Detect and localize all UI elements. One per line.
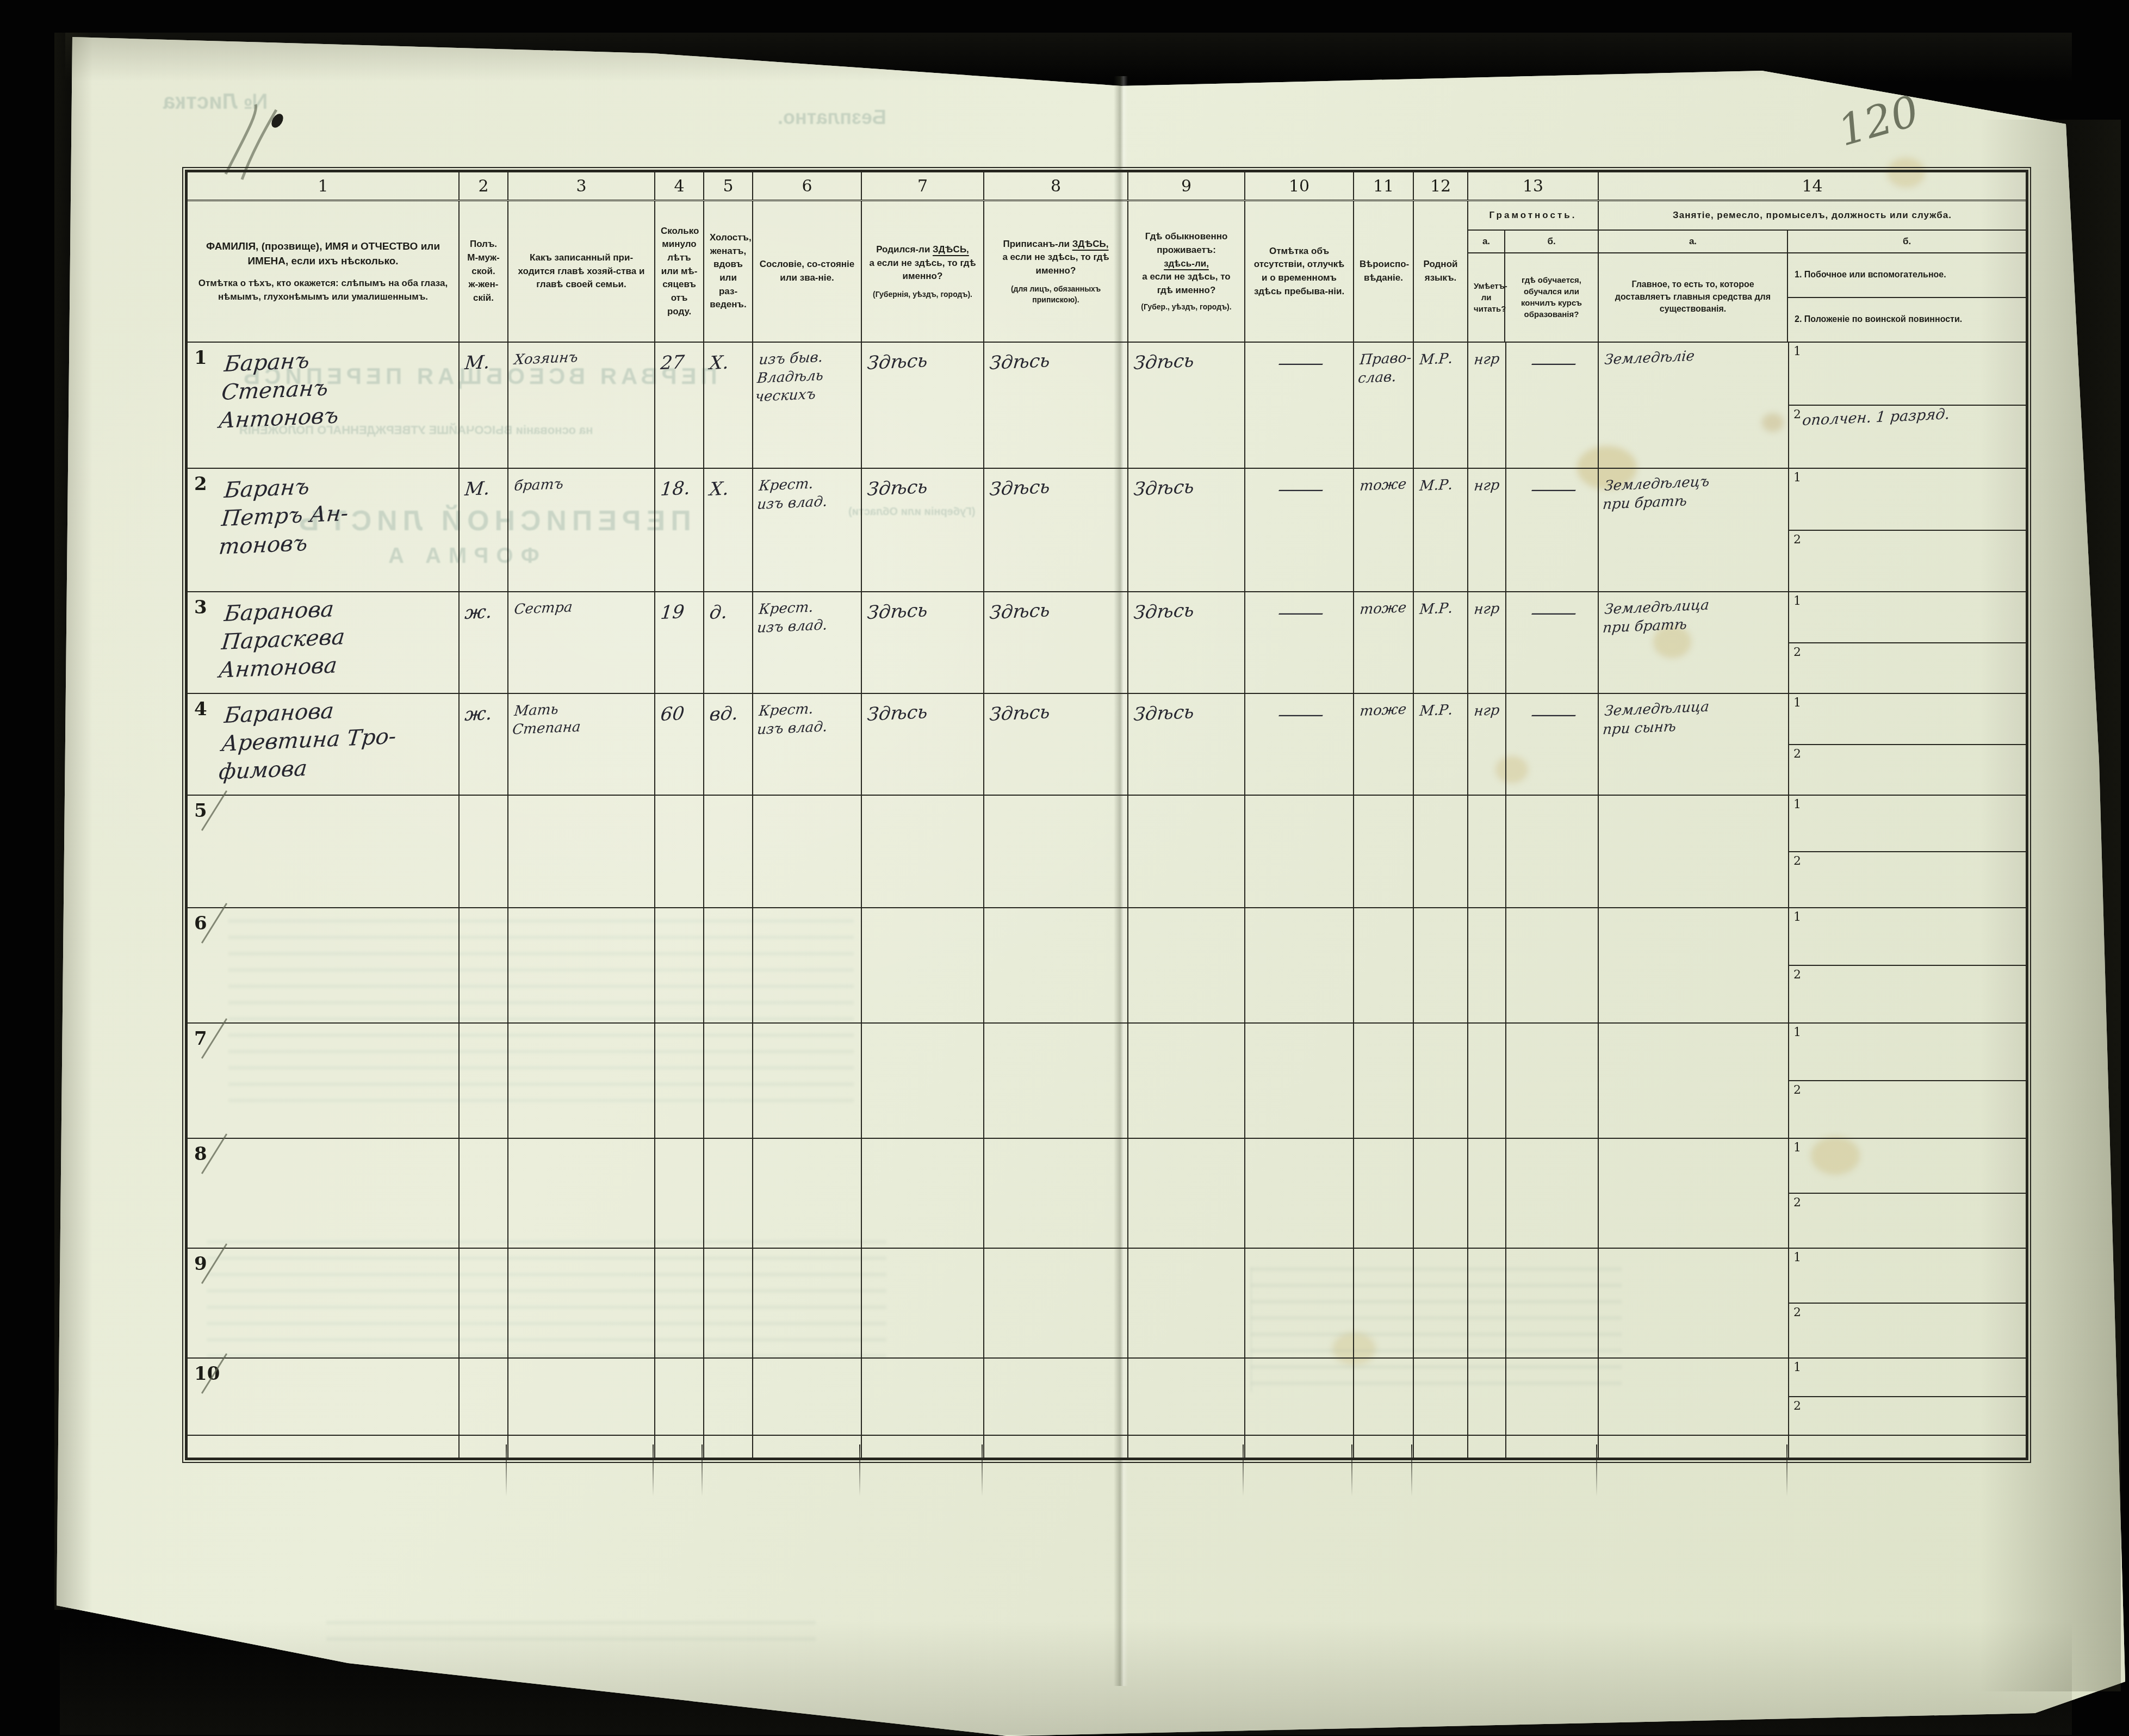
empty-strip-cell <box>1789 1436 2026 1458</box>
cell-occupation-side: 12 <box>1789 1139 2026 1248</box>
handwritten-value <box>711 803 749 804</box>
empty-strip-cell <box>1354 1436 1414 1458</box>
header-occupation-a-text: Главное, то есть то, которое доставляетъ… <box>1599 253 1788 342</box>
handwritten-value <box>466 1256 504 1257</box>
cell-born <box>862 1024 984 1138</box>
handwritten-value <box>1135 1143 1242 1148</box>
cell-education <box>1506 1024 1599 1138</box>
column-number: 1 <box>188 172 460 200</box>
column-number: 11 <box>1354 172 1414 200</box>
handwritten-value <box>760 1028 858 1032</box>
cell-occupation-side: 12 <box>1789 469 2026 591</box>
handwritten-value: М. <box>464 350 505 375</box>
cell-occupation-side: 12 <box>1789 1249 2026 1357</box>
empty-strip-cell <box>1506 1436 1599 1458</box>
cell-absence: — <box>1245 343 1354 468</box>
column-number: 9 <box>1128 172 1245 200</box>
cell-relation <box>508 908 655 1022</box>
handwritten-value: Земледѣлецъ при братѣ <box>1602 470 1785 514</box>
column-number: 13 <box>1468 172 1599 200</box>
cell-resides <box>1128 1024 1245 1138</box>
handwritten-value <box>991 1361 1125 1367</box>
header-literacy-b-text: гдѣ обучается, обучался или кончилъ курс… <box>1505 253 1598 342</box>
handwritten-value <box>1605 1025 1786 1032</box>
cell-age: 27 <box>655 343 704 468</box>
cell-registered <box>984 1139 1128 1248</box>
handwritten-value: Крест. изъ влад. <box>756 473 858 514</box>
handwritten-value <box>1420 1146 1464 1148</box>
handwritten-value <box>1361 1255 1410 1257</box>
handwritten-value <box>1475 916 1502 917</box>
printed-subcell-number: 2 <box>1793 968 1801 982</box>
header-occupation-b1-text: 1. Побочное или вспомогательное. <box>1788 253 2026 298</box>
handwritten-value <box>1135 1253 1242 1257</box>
table-row: 612 <box>188 908 2026 1024</box>
cell-literacy <box>1468 1359 1506 1435</box>
handwritten-value <box>760 800 858 804</box>
cell-name: 1Баранъ Степанъ Антоновъ <box>188 343 460 468</box>
handwritten-value <box>1420 1031 1464 1032</box>
column-number: 7 <box>862 172 984 200</box>
printed-subcell-number: 2 <box>1793 747 1801 761</box>
cell-name: 6 <box>188 908 460 1022</box>
cell-language <box>1414 796 1468 907</box>
occupation-side-subcell: 2 <box>1789 1397 2026 1435</box>
table-row: 712 <box>188 1024 2026 1139</box>
cell-occupation-side: 12ополчен. 1 разряд. <box>1789 343 2026 468</box>
header-name-note: Отмѣтка о тѣхъ, кто окажется: слѣпымъ на… <box>193 277 453 303</box>
handwritten-value: Здѣсь <box>866 346 980 375</box>
header-note: (Губернія, уѣздъ, городъ). <box>867 289 978 300</box>
handwritten-value: Х. <box>709 476 749 501</box>
cell-occupation-main <box>1599 1139 1789 1248</box>
handwritten-value <box>515 1142 651 1148</box>
cell-education <box>1506 1359 1599 1435</box>
cell-absence <box>1245 1359 1354 1435</box>
handwritten-value <box>868 1027 980 1032</box>
printed-subcell-number: 2 <box>1793 646 1801 659</box>
cell-education: — <box>1506 343 1599 468</box>
occupation-side-subcell: 1 <box>1789 908 2026 966</box>
cell-born <box>862 796 984 907</box>
empty-strip-cell <box>1468 1436 1506 1458</box>
cell-absence <box>1245 908 1354 1022</box>
cell-occupation-side: 12 <box>1789 694 2026 795</box>
handwritten-value: тоже <box>1359 700 1410 721</box>
cell-resides <box>1128 796 1245 907</box>
handwritten-value <box>868 1362 980 1367</box>
handwritten-value <box>515 911 651 917</box>
column-number-row: 1 2 3 4 5 6 7 8 9 10 11 12 13 14 <box>188 172 2026 201</box>
handwritten-value: Крест. изъ влад. <box>756 597 858 637</box>
cell-born: Здѣсь <box>862 592 984 693</box>
printed-subcell-number: 2 <box>1793 1083 1801 1097</box>
cell-name: 10 <box>188 1359 460 1435</box>
printed-subcell-number: 1 <box>1793 696 1801 710</box>
cell-age <box>655 796 704 907</box>
cell-religion <box>1354 1024 1414 1138</box>
handwritten-value: тоже <box>1359 475 1410 496</box>
empty-strip-cell <box>460 1436 508 1458</box>
cell-absence: — <box>1245 694 1354 795</box>
header-religion-column: Вѣроиспо-вѣданіе. <box>1354 201 1414 342</box>
header-here-underlined: ЗДѢСЬ, <box>1072 239 1109 249</box>
cell-occupation-main <box>1599 908 1789 1022</box>
cell-relation <box>508 1139 655 1248</box>
row-number: 7 <box>194 1028 207 1050</box>
handwritten-value <box>515 1361 651 1367</box>
handwritten-value <box>662 1146 700 1148</box>
cell-sex: М. <box>460 343 508 468</box>
handwritten-value <box>466 803 504 804</box>
handwritten-value <box>1135 799 1242 804</box>
occupation-side-subcell: 2 <box>1789 1081 2026 1138</box>
handwritten-value: Сестра <box>513 595 652 619</box>
header-birthplace-column: Родился-ли ЗДѢСЬ, а если не здѣсь, то гд… <box>862 201 984 342</box>
rule-stub <box>653 1444 654 1496</box>
cell-resides <box>1128 1249 1245 1357</box>
handwritten-value: тоже <box>1359 599 1410 619</box>
empty-strip-cell <box>655 1436 704 1458</box>
handwritten-value <box>991 1251 1125 1257</box>
handwritten-value <box>711 915 749 917</box>
occupation-side-subcell: 2 <box>1789 531 2026 592</box>
cell-sex <box>460 908 508 1022</box>
printed-subcell-number: 1 <box>1793 345 1801 358</box>
header-text: а если не здѣсь, то гдѣ именно? <box>1134 270 1239 297</box>
rule-stub <box>702 1444 703 1496</box>
column-number: 8 <box>984 172 1128 200</box>
cell-literacy <box>1468 1139 1506 1248</box>
cell-estate: Крест. изъ влад. <box>753 469 862 591</box>
cell-registered: Здѣсь <box>984 469 1128 591</box>
printed-subcell-number: 1 <box>1793 798 1801 811</box>
cell-resides <box>1128 908 1245 1022</box>
handwritten-value <box>711 1146 749 1148</box>
handwritten-value: 27 <box>660 350 700 375</box>
row-number: 8 <box>194 1143 207 1165</box>
header-estate-column: Сословіе, со-стояніе или зва-ніе. <box>753 201 862 342</box>
handwritten-value <box>466 1031 504 1032</box>
cell-education <box>1506 1139 1599 1248</box>
printed-subcell-number: 1 <box>1793 594 1801 608</box>
row-number: 5 <box>194 800 207 822</box>
header-registration-column: Приписанъ-ли ЗДѢСЬ, а если не здѣсь, то … <box>984 201 1128 342</box>
table-header-row: ФАМИЛІЯ, (прозвище), ИМЯ и ОТЧЕСТВО или … <box>188 201 2026 343</box>
handwritten-value <box>1361 802 1410 804</box>
handwritten-value <box>1135 1027 1242 1032</box>
handwritten-value <box>1135 912 1242 917</box>
cell-literacy <box>1468 796 1506 907</box>
handwritten-value <box>662 1031 700 1032</box>
column-number: 4 <box>655 172 704 200</box>
handwritten-value <box>991 1026 1125 1032</box>
handwritten-value <box>662 803 700 804</box>
cell-language <box>1414 1139 1468 1248</box>
handwritten-value: Земледѣлица при сынѣ <box>1602 695 1785 740</box>
header-note: (Губер., уѣздъ, городъ). <box>1134 301 1239 312</box>
cell-occupation-main <box>1599 1249 1789 1357</box>
handwritten-value <box>1605 909 1786 917</box>
cell-occupation-main: Земледѣлица при братѣ <box>1599 592 1789 693</box>
handwritten-value <box>1475 1256 1502 1257</box>
cell-born <box>862 908 984 1022</box>
cell-absence <box>1245 1249 1354 1357</box>
cell-religion: Право- слав. <box>1354 343 1414 468</box>
occupation-side-subcell: 1 <box>1789 694 2026 745</box>
column-number: 2 <box>460 172 508 200</box>
cell-religion <box>1354 1139 1414 1248</box>
cell-occupation-main: Земледѣлецъ при братѣ <box>1599 469 1789 591</box>
table-row: 912 <box>188 1249 2026 1359</box>
header-relation-column: Какъ записанный при-ходится главѣ хозяй-… <box>508 201 655 342</box>
handwritten-value <box>1420 915 1464 917</box>
row-number: 9 <box>194 1253 207 1275</box>
cell-religion: тоже <box>1354 469 1414 591</box>
cell-sex <box>460 1139 508 1248</box>
header-sex-column: Полъ. М-муж-ской. ж-жен-скій. <box>460 201 508 342</box>
handwritten-value: Здѣсь <box>989 345 1125 375</box>
header-occupation-b2-text: 2. Положеніе по воинской повинности. <box>1788 298 2026 342</box>
handwritten-value: Здѣсь <box>866 698 980 727</box>
handwritten-value <box>868 799 980 804</box>
cell-education: — <box>1506 592 1599 693</box>
cell-absence <box>1245 1024 1354 1138</box>
cell-age <box>655 1024 704 1138</box>
handwritten-name: Баранъ Петръ Ан- тоновъ <box>218 467 454 561</box>
handwritten-value <box>711 1256 749 1257</box>
printed-subcell-number: 1 <box>1793 1141 1801 1155</box>
cell-occupation-side: 12 <box>1789 908 2026 1022</box>
handwritten-name: Баранъ Степанъ Антоновъ <box>218 340 454 435</box>
cell-religion: тоже <box>1354 694 1414 795</box>
occupation-side-subcell: 1 <box>1789 796 2026 852</box>
cell-relation: Сестра <box>508 592 655 693</box>
cell-estate: изъ быв. Владѣль ческихъ <box>753 343 862 468</box>
cell-registered <box>984 908 1128 1022</box>
handwritten-value: 19 <box>660 599 700 625</box>
printed-subcell-number: 2 <box>1793 1306 1801 1319</box>
header-literacy-a-text: Умѣетъ-ли читать? <box>1468 253 1505 342</box>
header-literacy-title: Грамотность. <box>1468 201 1598 231</box>
handwritten-value <box>1475 1031 1502 1032</box>
handwritten-value <box>711 1366 749 1367</box>
cell-religion <box>1354 1359 1414 1435</box>
handwritten-name: Баранова Параскева Антонова <box>218 590 454 685</box>
cell-education <box>1506 796 1599 907</box>
row-number: 3 <box>194 597 207 618</box>
cell-absence <box>1245 796 1354 907</box>
printed-subcell-number: 2 <box>1793 854 1801 868</box>
row-number: 10 <box>194 1363 220 1385</box>
cell-religion: тоже <box>1354 592 1414 693</box>
handwritten-value <box>1420 1366 1464 1367</box>
occupation-side-subcell: 1 <box>1789 1359 2026 1397</box>
handwritten-value <box>760 913 858 917</box>
printed-subcell-number: 2 <box>1793 1196 1801 1210</box>
handwritten-value: братъ <box>513 472 652 496</box>
cell-born: Здѣсь <box>862 694 984 795</box>
table-row: 1Баранъ Степанъ АнтоновъМ.Хозяинъ27Х.изъ… <box>188 343 2026 469</box>
empty-strip-cell <box>984 1436 1128 1458</box>
cell-marital <box>704 1139 753 1248</box>
rule-stub <box>506 1444 507 1496</box>
table-row: 2Баранъ Петръ Ан- тоновъМ.братъ18.Х.Крес… <box>188 469 2026 592</box>
cell-literacy <box>1468 908 1506 1022</box>
rule-stub <box>982 1444 983 1496</box>
handwritten-value: 18. <box>660 476 700 501</box>
cell-relation <box>508 1359 655 1435</box>
handwritten-value <box>1475 803 1502 804</box>
occupation-side-subcell: 1 <box>1789 1139 2026 1194</box>
cell-registered <box>984 1024 1128 1138</box>
handwritten-value <box>1475 1146 1502 1148</box>
occupation-side-subcell: 1 <box>1789 592 2026 643</box>
handwritten-value <box>711 1031 749 1032</box>
printed-subcell-number: 2 <box>1793 533 1801 547</box>
occupation-side-subcell: 2 <box>1789 745 2026 795</box>
cell-relation <box>508 796 655 907</box>
cell-language <box>1414 1024 1468 1138</box>
header-here-underlined: ЗДѢСЬ, <box>933 244 969 255</box>
cell-absence <box>1245 1139 1354 1248</box>
cell-occupation-main <box>1599 1359 1789 1435</box>
cell-education: — <box>1506 694 1599 795</box>
cell-marital <box>704 908 753 1022</box>
row-number: 4 <box>194 698 207 720</box>
cell-born: Здѣсь <box>862 469 984 591</box>
handwritten-value <box>1361 1030 1410 1032</box>
printed-subcell-number: 1 <box>1793 1251 1801 1264</box>
handwritten-value <box>1605 1140 1786 1148</box>
header-language-column: Родной языкъ. <box>1414 201 1468 342</box>
column-number: 5 <box>704 172 753 200</box>
header-here-underlined: здѣсь-ли, <box>1134 257 1239 271</box>
cell-name: 4Баранова Аревтина Тро- фимова <box>188 694 460 795</box>
printed-subcell-number: 1 <box>1793 910 1801 924</box>
handwritten-value <box>1420 803 1464 804</box>
header-literacy-a-label: а. <box>1468 231 1505 252</box>
cell-language <box>1414 908 1468 1022</box>
cell-occupation-main <box>1599 796 1789 907</box>
cell-born: Здѣсь <box>862 343 984 468</box>
cell-registered <box>984 1359 1128 1435</box>
column-number: 10 <box>1245 172 1354 200</box>
handwritten-value <box>760 1253 858 1257</box>
handwritten-value: Здѣсь <box>989 472 1125 501</box>
handwritten-value <box>1135 1362 1242 1367</box>
cell-registered: Здѣсь <box>984 694 1128 795</box>
cell-relation: Мать Степана <box>508 694 655 795</box>
cell-language <box>1414 1359 1468 1435</box>
handwritten-value <box>662 1256 700 1257</box>
cell-resides <box>1128 1359 1245 1435</box>
rule-stub <box>1351 1444 1352 1496</box>
cell-relation: братъ <box>508 469 655 591</box>
cell-sex <box>460 796 508 907</box>
header-name-text: ФАМИЛІЯ, (прозвище), ИМЯ и ОТЧЕСТВО или … <box>193 239 453 269</box>
handwritten-value: Земледѣліе <box>1604 344 1786 370</box>
cell-absence: — <box>1245 592 1354 693</box>
handwritten-value: ополчен. 1 разряд. <box>1802 401 2025 430</box>
cell-education <box>1506 1249 1599 1357</box>
header-occupation-title: Занятіе, ремесло, промыселъ, должность и… <box>1599 201 2026 231</box>
cell-marital <box>704 796 753 907</box>
header-occupation-group: Занятіе, ремесло, промыселъ, должность и… <box>1599 201 2026 342</box>
header-text: Гдѣ обыкновенно проживаетъ: <box>1134 230 1239 257</box>
handwritten-value <box>1361 1145 1410 1148</box>
occupation-side-subcell: 2 <box>1789 966 2026 1022</box>
cell-marital: д. <box>704 592 753 693</box>
cell-estate <box>753 1359 862 1435</box>
handwritten-value: Хозяинъ <box>513 345 652 370</box>
cell-religion <box>1354 1249 1414 1357</box>
rule-stub <box>859 1444 860 1496</box>
cell-name: 8 <box>188 1139 460 1248</box>
header-absence-column: Отмѣтка объ отсутствіи, отлучкѣ и о врем… <box>1245 201 1354 342</box>
handwritten-value <box>1605 1250 1786 1257</box>
occupation-side-subcell: 2ополчен. 1 разряд. <box>1789 406 2026 468</box>
cell-name: 7 <box>188 1024 460 1138</box>
cell-age <box>655 1359 704 1435</box>
header-note: (для лицъ, обязанныхъ припискою). <box>990 283 1122 306</box>
header-text: Родился-ли <box>876 244 933 255</box>
cell-language <box>1414 1249 1468 1357</box>
header-text: а если не здѣсь, то гдѣ именно? <box>867 257 978 283</box>
occupation-side-subcell: 1 <box>1789 1249 2026 1304</box>
handwritten-value <box>868 912 980 917</box>
cell-estate <box>753 1139 862 1248</box>
cell-age <box>655 1139 704 1248</box>
cell-born <box>862 1249 984 1357</box>
column-number: 3 <box>508 172 655 200</box>
cell-age: 18. <box>655 469 704 591</box>
handwritten-value <box>515 1251 651 1257</box>
printed-subcell-number: 1 <box>1793 1026 1801 1039</box>
header-literacy-group: Грамотность. а. б. Умѣетъ-ли читать? гдѣ… <box>1468 201 1599 342</box>
empty-strip-cell <box>508 1436 655 1458</box>
handwritten-value: Х. <box>709 350 749 375</box>
cell-age: 60 <box>655 694 704 795</box>
empty-strip-cell <box>704 1436 753 1458</box>
cell-marital: вд. <box>704 694 753 795</box>
table-bottom-strip-row <box>188 1436 2026 1458</box>
occupation-side-subcell: 2 <box>1789 852 2026 908</box>
cell-occupation-side: 12 <box>1789 592 2026 693</box>
handwritten-value <box>1420 1256 1464 1257</box>
handwritten-value <box>466 915 504 917</box>
cell-marital <box>704 1359 753 1435</box>
handwritten-value <box>991 911 1125 917</box>
cell-born <box>862 1139 984 1248</box>
cell-occupation-side: 12 <box>1789 796 2026 907</box>
handwritten-value: вд. <box>709 701 749 727</box>
cell-estate <box>753 796 862 907</box>
header-occupation-b-label: б. <box>1788 231 2026 252</box>
cell-literacy <box>1468 1249 1506 1357</box>
rule-stub <box>1243 1444 1244 1496</box>
table-row: 812 <box>188 1139 2026 1249</box>
cell-relation <box>508 1024 655 1138</box>
occupation-side-subcell: 2 <box>1789 643 2026 693</box>
cell-estate <box>753 1024 862 1138</box>
table-row: 1012 <box>188 1359 2026 1436</box>
cell-sex: М. <box>460 469 508 591</box>
column-number: 14 <box>1599 172 2026 200</box>
handwritten-name: Баранова Аревтина Тро- фимова <box>218 692 454 786</box>
cell-occupation-side: 12 <box>1789 1359 2026 1435</box>
table-row: 4Баранова Аревтина Тро- фимоваж.Мать Сте… <box>188 694 2026 796</box>
